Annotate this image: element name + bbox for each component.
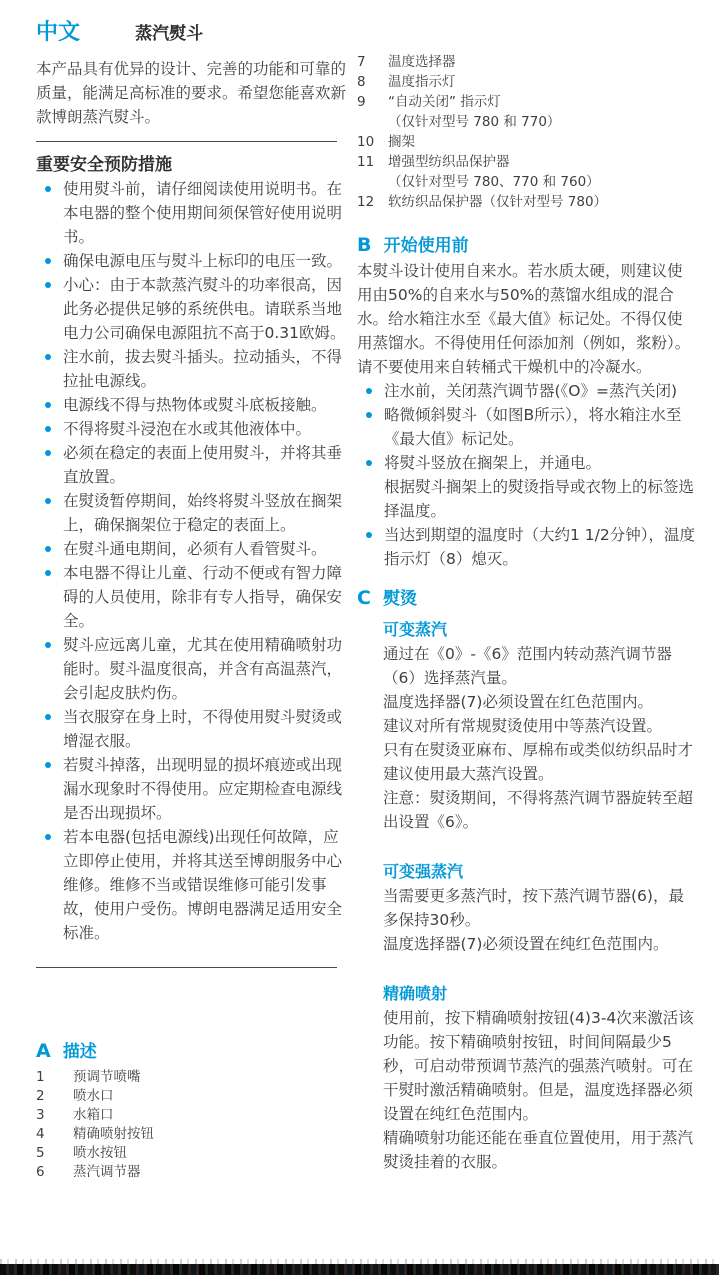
description-list-right: 7温度选择器 8温度指示灯 9“自动关闭” 指示灯 （仅针对型号 780 和 7… — [357, 52, 695, 212]
item-number: 8 — [357, 72, 388, 92]
item-number: 11 — [357, 152, 388, 172]
section-a-title: 描述 — [63, 1042, 97, 1062]
safety-bullet: 使用熨斗前，请仔细阅读使用说明书。在本电器的整个使用期间须保管好使用说明书。 — [36, 177, 354, 249]
item-number: 7 — [357, 52, 388, 72]
before-use-bullet-text: 当达到期望的温度时（大约1 1/2分钟），温度指示灯（8）熄灭。 — [384, 526, 695, 568]
safety-bullet-text: 不得将熨斗浸泡在水或其他液体中。 — [63, 420, 311, 438]
before-use-bullet-list: 注水前，关闭蒸汽调节器(《O》=蒸汽关闭) 略微倾斜熨斗（如图B所示），将水箱注… — [357, 379, 695, 571]
subsection-heading: 可变蒸汽 — [383, 618, 695, 642]
item-label: 喷水口 — [73, 1087, 114, 1106]
safety-bullet: 若熨斗掉落，出现明显的损坏痕迹或出现漏水现象时不得使用。应定期检查电源线是否出现… — [36, 753, 354, 825]
section-a-heading: A 描述 — [36, 1038, 354, 1065]
subsection-paragraph: 当需要更多蒸汽时，按下蒸汽调节器(6)，最多保持30秒。 — [383, 884, 695, 932]
safety-bullet: 注水前，拔去熨斗插头。拉动插头，不得拉扯电源线。 — [36, 345, 354, 393]
safety-bullet-text: 必须在稳定的表面上使用熨斗，并将其垂直放置。 — [63, 444, 342, 486]
item-label: “自动关闭” 指示灯 — [388, 92, 501, 112]
left-column: 中文 蒸汽熨斗 本产品具有优异的设计、完善的功能和可靠的质量，能满足高标准的要求… — [36, 20, 354, 1182]
safety-bullet: 在熨斗通电期间，必须有人看管熨斗。 — [36, 537, 354, 561]
document-title: 蒸汽熨斗 — [135, 24, 203, 44]
item-number: 5 — [36, 1144, 73, 1163]
language-label: 中文 — [36, 20, 80, 45]
item-number: 1 — [36, 1068, 73, 1087]
right-column: 7温度选择器 8温度指示灯 9“自动关闭” 指示灯 （仅针对型号 780 和 7… — [357, 52, 695, 1174]
intro-paragraph: 本产品具有优异的设计、完善的功能和可靠的质量，能满足高标准的要求。希望您能喜欢新… — [36, 57, 354, 129]
safety-bullet: 小心：由于本款蒸汽熨斗的功率很高，因此务必提供足够的系统供电。请联系当地电力公司… — [36, 273, 354, 345]
safety-bullet: 当衣服穿在身上时，不得使用熨斗熨烫或增湿衣服。 — [36, 705, 354, 753]
description-item: 6蒸汽调节器 — [36, 1163, 354, 1182]
safety-bullet: 确保电源电压与熨斗上标印的电压一致。 — [36, 249, 354, 273]
section-b-heading: B 开始使用前 — [357, 232, 695, 259]
before-use-bullet: 略微倾斜熨斗（如图B所示），将水箱注水至《最大值》标记处。 — [357, 403, 695, 451]
item-label: 预调节喷嘴 — [73, 1068, 141, 1087]
description-item: 5喷水按钮 — [36, 1144, 354, 1163]
subsection-paragraph: 建议对所有常规熨烫使用中等蒸汽设置。 — [383, 714, 695, 738]
description-item: 7温度选择器 — [357, 52, 695, 72]
subsection-paragraph: 精确喷射功能还能在垂直位置使用，用于蒸汽熨烫挂着的衣服。 — [383, 1126, 695, 1174]
safety-bullet-text: 若熨斗掉落，出现明显的损坏痕迹或出现漏水现象时不得使用。应定期检查电源线是否出现… — [63, 756, 342, 822]
safety-bullet: 本电器不得让儿童、行动不便或有智力障碍的人员使用，除非有专人指导，确保安全。 — [36, 561, 354, 633]
safety-bullet-text: 电源线不得与热物体或熨斗底板接触。 — [63, 396, 327, 414]
description-item: 9“自动关闭” 指示灯 （仅针对型号 780 和 770） — [357, 92, 695, 132]
safety-bullet-text: 熨斗应远离儿童，尤其在使用精确喷射功能时。熨斗温度很高，并含有高温蒸汽，会引起皮… — [63, 636, 342, 702]
safety-bullet-text: 若本电器(包括电源线)出现任何故障，应立即停止使用，并将其送至博朗服务中心维修。… — [63, 828, 342, 942]
safety-bullet-list: 使用熨斗前，请仔细阅读使用说明书。在本电器的整个使用期间须保管好使用说明书。 确… — [36, 177, 354, 945]
safety-bullet-text: 确保电源电压与熨斗上标印的电压一致。 — [63, 252, 342, 270]
subsection-paragraph: 通过在《0》-《6》范围内转动蒸汽调节器（6）选择蒸汽量。 — [383, 642, 695, 690]
subsection-paragraph: 温度选择器(7)必须设置在纯红色范围内。 — [383, 932, 695, 956]
subsection-precision-shot: 精确喷射 使用前，按下精确喷射按钮(4)3-4次来激活该功能。按下精确喷射按钮，… — [383, 982, 695, 1174]
safety-bullet-text: 注水前，拔去熨斗插头。拉动插头，不得拉扯电源线。 — [63, 348, 342, 390]
section-c-content: 可变蒸汽 通过在《0》-《6》范围内转动蒸汽调节器（6）选择蒸汽量。 温度选择器… — [357, 618, 695, 1174]
item-number: 10 — [357, 132, 388, 152]
before-use-bullet: 当达到期望的温度时（大约1 1/2分钟），温度指示灯（8）熄灭。 — [357, 523, 695, 571]
subsection-heading: 精确喷射 — [383, 982, 695, 1006]
description-item: 4精确喷射按钮 — [36, 1125, 354, 1144]
before-use-bullet: 将熨斗竖放在搁架上，并通电。 根据熨斗搁架上的熨烫指导或衣物上的标签选择温度。 — [357, 451, 695, 523]
item-label: 精确喷射按钮 — [73, 1125, 154, 1144]
section-a-letter: A — [36, 1040, 51, 1062]
subsection-paragraph: 温度选择器(7)必须设置在红色范围内。 — [383, 690, 695, 714]
safety-bullet-text: 小心：由于本款蒸汽熨斗的功率很高，因此务必提供足够的系统供电。请联系当地电力公司… — [63, 276, 346, 342]
before-use-bullet-text: 略微倾斜熨斗（如图B所示），将水箱注水至《最大值》标记处。 — [384, 406, 681, 448]
item-note: （仅针对型号 780、770 和 760） — [357, 172, 719, 192]
description-item: 3水箱口 — [36, 1106, 354, 1125]
item-label: 蒸汽调节器 — [73, 1163, 141, 1182]
description-item: 2喷水口 — [36, 1087, 354, 1106]
item-number: 12 — [357, 192, 388, 212]
item-number: 9 — [357, 92, 388, 112]
safety-bullet-text: 当衣服穿在身上时，不得使用熨斗熨烫或增湿衣服。 — [63, 708, 342, 750]
safety-bullet: 熨斗应远离儿童，尤其在使用精确喷射功能时。熨斗温度很高，并含有高温蒸汽，会引起皮… — [36, 633, 354, 705]
safety-bullet: 必须在稳定的表面上使用熨斗，并将其垂直放置。 — [36, 441, 354, 489]
item-number: 3 — [36, 1106, 73, 1125]
item-note: （仅针对型号 780 和 770） — [357, 112, 719, 132]
page-bottom-scan-artifact — [0, 1264, 719, 1275]
subsection-paragraph: 注意：熨烫期间，不得将蒸汽调节器旋转至超出设置《6》。 — [383, 786, 695, 834]
divider-bottom — [36, 967, 337, 968]
item-label: 搁架 — [388, 132, 415, 152]
subsection-variable-steam-boost: 可变强蒸汽 当需要更多蒸汽时，按下蒸汽调节器(6)，最多保持30秒。 温度选择器… — [383, 860, 695, 956]
divider-top — [36, 141, 337, 142]
item-label: 温度指示灯 — [388, 72, 456, 92]
subsection-paragraph: 使用前，按下精确喷射按钮(4)3-4次来激活该功能。按下精确喷射按钮，时间间隔最… — [383, 1006, 695, 1126]
safety-bullet-text: 使用熨斗前，请仔细阅读使用说明书。在本电器的整个使用期间须保管好使用说明书。 — [63, 180, 342, 246]
description-item: 1预调节喷嘴 — [36, 1068, 354, 1087]
safety-bullet: 在熨烫暂停期间，始终将熨斗竖放在搁架上，确保搁架位于稳定的表面上。 — [36, 489, 354, 537]
before-use-paragraph: 本熨斗设计使用自来水。若水质太硬，则建议使用由50%的自来水与50%的蒸馏水组成… — [357, 259, 695, 355]
before-use-bullet-text: 将熨斗竖放在搁架上，并通电。 根据熨斗搁架上的熨烫指导或衣物上的标签选择温度。 — [384, 454, 694, 520]
before-use-paragraph: 请不要使用来自转桶式干燥机中的冷凝水。 — [357, 355, 695, 379]
item-number: 4 — [36, 1125, 73, 1144]
section-c-letter: C — [357, 587, 371, 609]
safety-bullet-text: 在熨斗通电期间，必须有人看管熨斗。 — [63, 540, 327, 558]
safety-bullet: 若本电器(包括电源线)出现任何故障，应立即停止使用，并将其送至博朗服务中心维修。… — [36, 825, 354, 945]
item-number: 2 — [36, 1087, 73, 1106]
safety-bullet-text: 本电器不得让儿童、行动不便或有智力障碍的人员使用，除非有专人指导，确保安全。 — [63, 564, 342, 630]
item-label: 温度选择器 — [388, 52, 456, 72]
safety-bullet: 不得将熨斗浸泡在水或其他液体中。 — [36, 417, 354, 441]
item-number: 6 — [36, 1163, 73, 1182]
section-b-title: 开始使用前 — [384, 236, 469, 256]
subsection-heading: 可变强蒸汽 — [383, 860, 695, 884]
item-label: 喷水按钮 — [73, 1144, 127, 1163]
safety-bullet: 电源线不得与热物体或熨斗底板接触。 — [36, 393, 354, 417]
before-use-bullet-text: 注水前，关闭蒸汽调节器(《O》=蒸汽关闭) — [384, 382, 677, 400]
safety-heading: 重要安全预防措施 — [36, 153, 354, 177]
before-use-bullet: 注水前，关闭蒸汽调节器(《O》=蒸汽关闭) — [357, 379, 695, 403]
subsection-variable-steam: 可变蒸汽 通过在《0》-《6》范围内转动蒸汽调节器（6）选择蒸汽量。 温度选择器… — [383, 618, 695, 834]
description-item: 12软纺织品保护器（仅针对型号 780） — [357, 192, 695, 212]
page-header: 中文 蒸汽熨斗 — [36, 20, 354, 47]
section-b-letter: B — [357, 234, 371, 256]
item-label: 软纺织品保护器（仅针对型号 780） — [388, 192, 607, 212]
description-item: 11增强型纺织品保护器 （仅针对型号 780、770 和 760） — [357, 152, 695, 192]
section-c-heading: C 熨烫 — [357, 585, 695, 612]
safety-bullet-text: 在熨烫暂停期间，始终将熨斗竖放在搁架上，确保搁架位于稳定的表面上。 — [63, 492, 342, 534]
item-label: 增强型纺织品保护器 — [388, 152, 510, 172]
item-label: 水箱口 — [73, 1106, 114, 1125]
description-item: 10搁架 — [357, 132, 695, 152]
subsection-paragraph: 只有在熨烫亚麻布、厚棉布或类似纺织品时才建议使用最大蒸汽设置。 — [383, 738, 695, 786]
section-c-title: 熨烫 — [383, 589, 417, 609]
manual-page: 中文 蒸汽熨斗 本产品具有优异的设计、完善的功能和可靠的质量，能满足高标准的要求… — [0, 0, 719, 1275]
description-item: 8温度指示灯 — [357, 72, 695, 92]
description-list-left: 1预调节喷嘴 2喷水口 3水箱口 4精确喷射按钮 5喷水按钮 6蒸汽调节器 — [36, 1068, 354, 1182]
